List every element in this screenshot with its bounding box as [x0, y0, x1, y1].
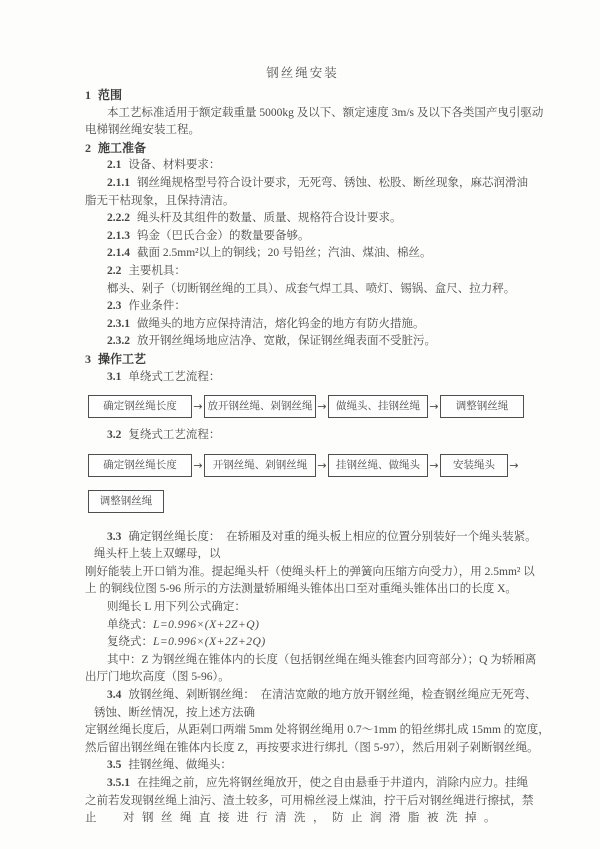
para-line: 然后留出钢丝绳在锥体内长度 Z，再按要求进行绑扎（图 5-97），然后用剁子剁断…: [85, 740, 520, 758]
para-line: 2.1.3钨金（巴氏合金）的数量要备够。: [85, 228, 520, 246]
flow-box: 开钢丝绳、剁钢丝绳: [204, 454, 316, 477]
section-number: 3.1: [107, 371, 121, 383]
formula-line: 复绕式：L=0.996×(X+2Z+2Q): [85, 634, 520, 652]
line-text: 钨金（巴氏合金）的数量要备够。: [137, 230, 310, 242]
line-text: 放钢丝绳、剁断钢丝绳： 在清洁宽敞的地方放开钢丝绳，检查钢丝绳应无死弯、: [128, 689, 536, 701]
section-number: 2: [85, 141, 91, 155]
flow-box: 放开钢丝绳、剁钢丝绳: [204, 395, 316, 418]
para-line: 绳头杆上装上双螺母，以: [85, 546, 520, 564]
arrow-right-icon: →: [316, 459, 328, 472]
para-line: 3.5.1在挂绳之前，应先将钢丝绳放开，使之自由悬垂于井道内，消除内应力。挂绳: [85, 775, 520, 793]
para-line: 2.2主要机具：: [85, 263, 520, 281]
para-line: 本工艺标准适用于额定载重量 5000kg 及以下、额定速度 3m/s 及以下各类…: [85, 105, 520, 123]
formula-line: 单绕式：L=0.996×(X+2Z+Q): [85, 617, 520, 635]
arrow-right-icon: →: [428, 459, 440, 472]
formula-expression: L=0.996×(X+2Z+2Q): [153, 636, 266, 648]
section-number: 2.1: [107, 159, 121, 171]
line-text: 截面 2.5mm²以上的铜线；20 号铅丝；汽油、煤油、棉丝。: [137, 247, 431, 259]
section-heading: 2施工准备: [85, 140, 520, 158]
section-number: 2.2: [107, 265, 121, 277]
line-text: 在挂绳之前，应先将钢丝绳放开，使之自由悬垂于井道内，消除内应力。挂绳: [137, 777, 528, 789]
flow-box: 调整钢丝绳: [88, 490, 164, 513]
para-line: 2.3作业条件：: [85, 298, 520, 316]
section-heading: 3操作工艺: [85, 351, 520, 369]
line-text: 主要机具：: [128, 265, 186, 277]
para-line: 止 对钢丝绳直接进行清洗，防止润滑脂被洗掉。: [85, 810, 520, 828]
para-line: 上 的铜线位图 5-96 所示的方法测量轿厢绳头锥体出口至对重绳头锥体出口的长度…: [85, 581, 520, 599]
flow-box: 挂钢丝绳、做绳头: [328, 454, 428, 477]
section-number: 3.3: [107, 531, 121, 543]
line-text: 作业条件：: [128, 300, 186, 312]
heading-text: 施工准备: [98, 141, 146, 155]
heading-text: 操作工艺: [98, 352, 146, 366]
para-line: 2.3.2放开钢丝绳场地应洁净、宽敞，保证钢丝绳表面不受脏污。: [85, 333, 520, 351]
para-line: 3.5挂钢丝绳、做绳头：: [85, 757, 520, 775]
flow-box: 做绳头、挂钢丝绳: [328, 395, 428, 418]
line-text: 放开钢丝绳场地应洁净、宽敞，保证钢丝绳表面不受脏污。: [137, 335, 436, 347]
section-number: 3.2: [107, 429, 121, 441]
para-line: 定钢丝绳长度后，从距剁口两端 5mm 处将钢丝绳用 0.7～1mm 的铅丝绑扎成…: [85, 722, 520, 740]
para-line: 出厅门地坎高度（图 5-96）。: [85, 669, 520, 687]
section-heading: 1范围: [85, 87, 520, 105]
document-page: 钢丝绳安装 1范围 本工艺标准适用于额定载重量 5000kg 及以下、额定速度 …: [0, 0, 600, 849]
arrow-right-icon: →: [192, 459, 204, 472]
section-number: 2.3.1: [107, 318, 130, 330]
line-text: 复绕式工艺流程：: [128, 429, 220, 441]
formula-label: 单绕式：: [107, 619, 153, 631]
document-content: 钢丝绳安装 1范围 本工艺标准适用于额定载重量 5000kg 及以下、额定速度 …: [0, 0, 600, 828]
section-number: 3.5.1: [107, 777, 130, 789]
arrow-right-icon: →: [508, 459, 520, 472]
flow-box: 确定钢丝绳长度: [88, 454, 192, 477]
para-line: 3.3确定钢丝绳长度： 在轿厢及对重的绳头板上相应的位置分别装好一个绳头装紧。: [85, 529, 520, 547]
para-line: 2.3.1做绳头的地方应保持清洁，熔化钨金的地方有防火措施。: [85, 316, 520, 334]
para-line: 锈蚀、断丝情况，按上述方法确: [85, 705, 520, 723]
section-number: 1: [85, 88, 91, 102]
line-text: 设备、材料要求：: [128, 159, 220, 171]
section-number: 2.3.2: [107, 335, 130, 347]
formula-expression: L=0.996×(X+2Z+Q): [153, 619, 259, 631]
flow-box: 确定钢丝绳长度: [88, 395, 192, 418]
section-number: 3.5: [107, 759, 121, 771]
para-line: 3.4放钢丝绳、剁断钢丝绳： 在清洁宽敞的地方放开钢丝绳，检查钢丝绳应无死弯、: [85, 687, 520, 705]
flow-box: 安装绳头: [440, 454, 508, 477]
line-text: 挂钢丝绳、做绳头：: [128, 759, 232, 771]
doc-title: 钢丝绳安装: [85, 64, 520, 82]
para-line: 3.1单绕式工艺流程：: [85, 369, 520, 387]
formula-label: 复绕式：: [107, 636, 153, 648]
flow-box: 调整钢丝绳: [440, 395, 524, 418]
para-line: 2.1设备、材料要求：: [85, 157, 520, 175]
para-line: 则绳长 L 用下列公式确定：: [85, 599, 520, 617]
section-number: 2.1.4: [107, 247, 130, 259]
line-text: 钢丝绳规格型号符合设计要求，无死弯、锈蚀、松股、断丝现象，麻芯润滑油: [137, 177, 528, 189]
arrow-right-icon: →: [316, 400, 328, 413]
para-line: 榔头、剁子（切断钢丝绳的工具）、成套气焊工具、喷灯、锡锅、盒尺、拉力秤。: [85, 281, 520, 299]
flowchart-double-wrap: 确定钢丝绳长度 → 开钢丝绳、剁钢丝绳 → 挂钢丝绳、做绳头 → 安装绳头 →: [88, 454, 520, 477]
para-line: 其中：Z 为钢丝绳在锥体内的长度（包括钢丝绳在绳头锥套内回弯部分）；Q 为轿厢离: [85, 652, 520, 670]
heading-text: 范围: [98, 88, 122, 102]
section-number: 2.3: [107, 300, 121, 312]
line-text: 做绳头的地方应保持清洁，熔化钨金的地方有防火措施。: [137, 318, 425, 330]
arrow-right-icon: →: [192, 400, 204, 413]
section-number: 2.2.2: [107, 212, 130, 224]
flowchart-single-wrap: 确定钢丝绳长度 → 放开钢丝绳、剁钢丝绳 → 做绳头、挂钢丝绳 → 调整钢丝绳: [88, 395, 520, 418]
line-text: 确定钢丝绳长度： 在轿厢及对重的绳头板上相应的位置分别装好一个绳头装紧。: [128, 531, 536, 543]
flowchart-double-wrap-row2: 调整钢丝绳: [88, 490, 520, 513]
section-number: 2.1.3: [107, 230, 130, 242]
section-number: 2.1.1: [107, 177, 130, 189]
section-number: 3.4: [107, 689, 121, 701]
para-line: 2.2.2绳头杆及其组件的数量、质量、规格符合设计要求。: [85, 210, 520, 228]
para-line: 脂无干枯现象，且保持清洁。: [85, 193, 520, 211]
line-text: 绳头杆及其组件的数量、质量、规格符合设计要求。: [137, 212, 402, 224]
para-line: 3.2复绕式工艺流程：: [85, 427, 520, 445]
arrow-right-icon: →: [428, 400, 440, 413]
para-line: 刚好能装上开口销为准。提起绳头杆（使绳头杆上的弹簧向压缩方向受力），用 2.5m…: [85, 564, 520, 582]
para-line: 电梯钢丝绳安装工程。: [85, 122, 520, 140]
para-line: 之前若发现钢丝绳上油污、渣土较多，可用棉丝浸上煤油，拧干后对钢丝绳进行擦拭，禁: [85, 793, 520, 811]
line-text: 单绕式工艺流程：: [128, 371, 220, 383]
para-line: 2.1.4截面 2.5mm²以上的铜线；20 号铅丝；汽油、煤油、棉丝。: [85, 245, 520, 263]
para-line: 2.1.1钢丝绳规格型号符合设计要求，无死弯、锈蚀、松股、断丝现象，麻芯润滑油: [85, 175, 520, 193]
section-number: 3: [85, 352, 91, 366]
